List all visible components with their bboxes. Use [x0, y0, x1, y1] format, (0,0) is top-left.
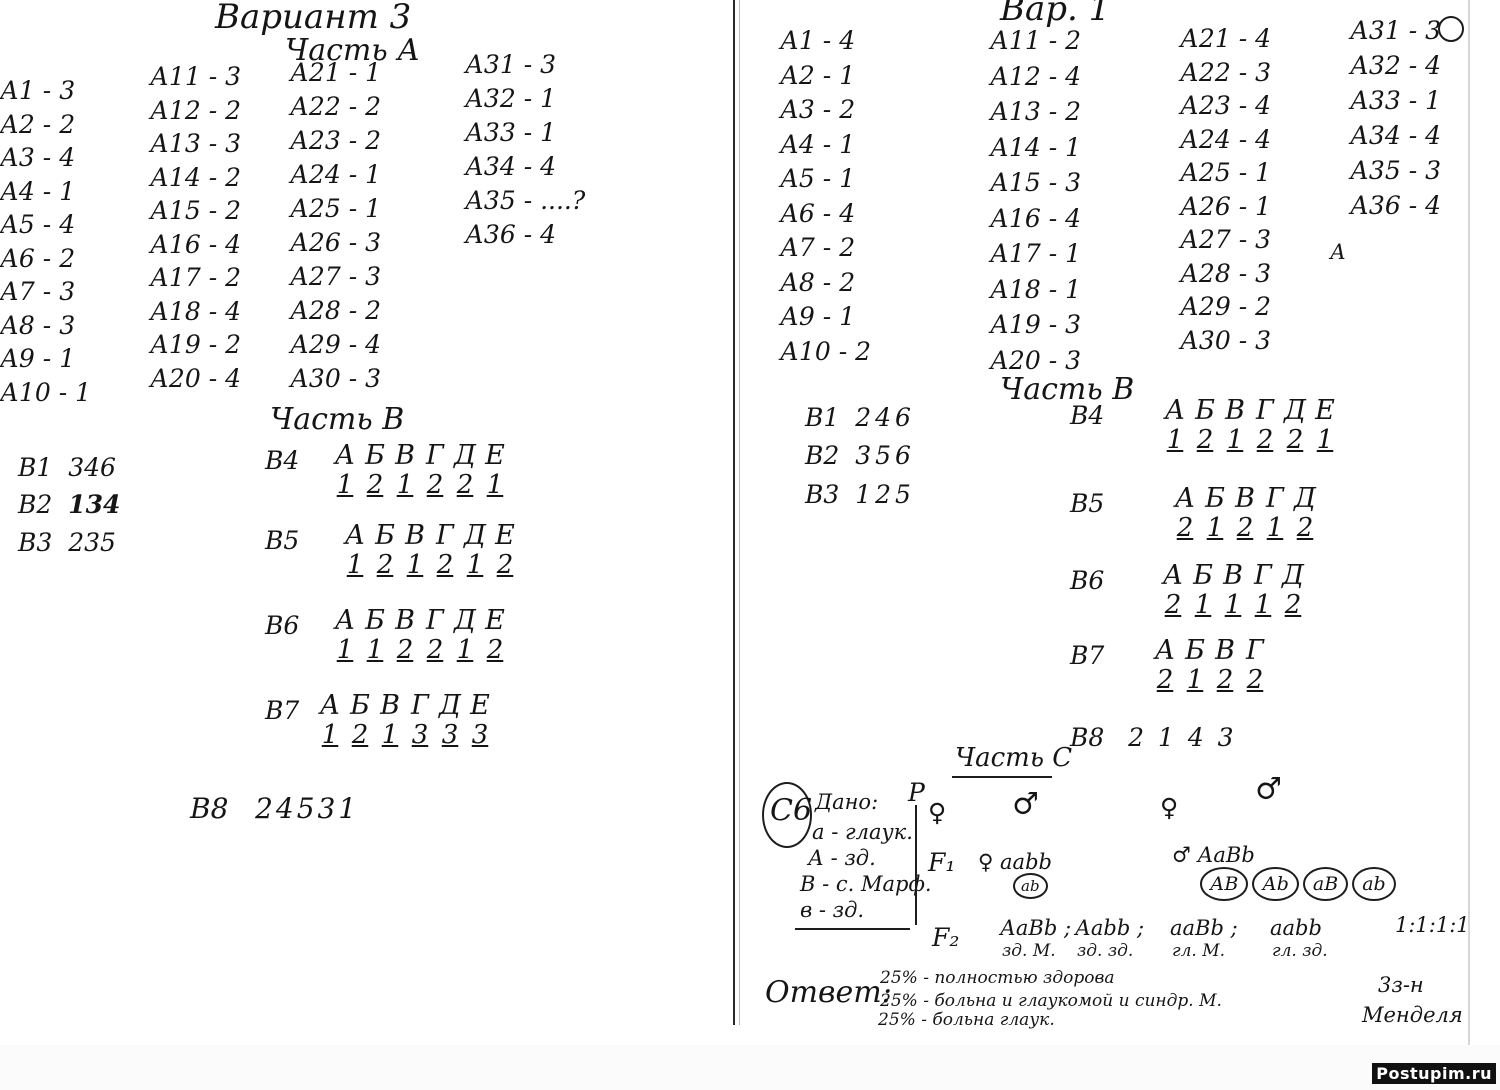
f2-genotype: ааВb ;: [1170, 918, 1238, 939]
dash: -: [1231, 225, 1255, 254]
question-number: А19: [990, 310, 1041, 339]
answer-item: А33 - 1: [1350, 88, 1441, 113]
dash: -: [201, 62, 225, 91]
dash: -: [516, 186, 540, 215]
given-underline: [795, 928, 910, 930]
question-number: А15: [150, 196, 201, 225]
matching-letter: Е: [490, 520, 520, 551]
answer-item: А22 - 2: [290, 94, 381, 119]
matching-letter: А: [1158, 560, 1188, 591]
f1-female-genotype: ♀ ааbb: [978, 852, 1052, 873]
dash: -: [1041, 346, 1065, 375]
matching-question-label: В6: [1070, 568, 1104, 593]
matching-answer: 1: [1248, 591, 1278, 621]
matching-letter: А: [340, 520, 370, 551]
answer-value: 2: [839, 233, 855, 262]
matching-letter: Д: [435, 690, 465, 721]
matching-answers: 2122: [1150, 666, 1270, 696]
left-b2: В2 134: [18, 492, 120, 517]
given-divider: [915, 805, 917, 925]
question-number: А10: [0, 378, 51, 407]
matching-answer: 2: [450, 471, 480, 501]
answer-item: А3 - 4: [0, 145, 75, 170]
matching-answer: 1: [360, 636, 390, 666]
answer-value: 1: [1065, 239, 1081, 268]
answer-value: 3: [540, 50, 556, 79]
matching-letter: Д: [1278, 560, 1308, 591]
matching-answer: 1: [1220, 426, 1250, 456]
left-part-b-heading: Часть В: [270, 405, 404, 435]
dash: -: [1231, 125, 1255, 154]
answer-value: 2: [59, 110, 75, 139]
question-number: А11: [990, 26, 1041, 55]
answer-item: А33 - 1: [465, 120, 556, 145]
matching-answer: 1: [1260, 514, 1290, 544]
answer-value: 1: [540, 84, 556, 113]
question-number: А7: [780, 233, 815, 262]
answer-label: Ответ:: [765, 978, 892, 1008]
task-label: С6: [770, 796, 812, 826]
answer-item: А23 - 2: [290, 128, 381, 153]
answer-item: А12 - 2: [150, 98, 241, 123]
answer-value: 3: [1065, 346, 1081, 375]
dash: -: [1041, 204, 1065, 233]
answer-item: А36 - 4: [465, 222, 556, 247]
answer-value: 1: [1065, 133, 1081, 162]
page-bottom-margin: [0, 1045, 1500, 1090]
question-number: А29: [1180, 292, 1231, 321]
question-number: А1: [0, 76, 35, 105]
answer-item: А15 - 3: [990, 170, 1081, 195]
question-number: А13: [990, 97, 1041, 126]
answer-item: А27 - 3: [290, 264, 381, 289]
dash: -: [1041, 133, 1065, 162]
matching-letter: А: [1150, 635, 1180, 666]
dash: -: [341, 194, 365, 223]
matching-letter: Е: [1310, 395, 1340, 426]
question-number: А26: [290, 228, 341, 257]
question-number: А23: [290, 126, 341, 155]
answer-item: А29 - 4: [290, 332, 381, 357]
matching-answer: 2: [390, 636, 420, 666]
answer-item: А23 - 4: [1180, 93, 1271, 118]
answer-value: 4: [540, 220, 556, 249]
question-number: А8: [0, 311, 35, 340]
answer-item: А19 - 2: [150, 332, 241, 357]
dash: -: [1041, 310, 1065, 339]
matching-answers: 121333: [315, 721, 495, 751]
matching-answer: 2: [360, 471, 390, 501]
answer-item: А35 - ....?: [465, 188, 585, 213]
dash: -: [1231, 158, 1255, 187]
matching-answer: 1: [330, 471, 360, 501]
answer-value: 3: [1255, 225, 1271, 254]
dash: -: [341, 228, 365, 257]
answer-item: А30 - 3: [290, 366, 381, 391]
dash: -: [201, 330, 225, 359]
question-number: А32: [465, 84, 516, 113]
part-c-heading: Часть С: [955, 745, 1072, 771]
matching-answer: 2: [490, 551, 520, 581]
answer-value: 1: [839, 130, 855, 159]
matching-letter: Б: [360, 605, 390, 636]
dash: -: [35, 210, 59, 239]
matching-answers: 112212: [330, 636, 510, 666]
dash: -: [815, 130, 839, 159]
answer-value: 2: [225, 163, 241, 192]
dash: -: [341, 262, 365, 291]
answer-value: 3: [225, 62, 241, 91]
matching-answer: 1: [330, 636, 360, 666]
answer-line-2: 25% - больна и глаукомой и синдр. М.: [880, 993, 1222, 1010]
answer-value: 3: [365, 228, 381, 257]
right-b2: В2 356: [805, 443, 915, 468]
question-number: А20: [150, 364, 201, 393]
matching-answer: 3: [405, 721, 435, 751]
question-number: А17: [150, 263, 201, 292]
answer-item: А4 - 1: [780, 132, 855, 157]
question-number: А21: [290, 58, 341, 87]
matching-letter: Г: [1248, 560, 1278, 591]
gamete: АВ: [1200, 867, 1248, 901]
answer-value: 1: [75, 378, 91, 407]
question-number: А13: [150, 129, 201, 158]
dash: -: [201, 263, 225, 292]
question-number: А8: [780, 268, 815, 297]
matching-answer: 2: [1210, 666, 1240, 696]
f1-male-gametes: АВАbаВаb: [1200, 867, 1396, 901]
matching-letter: В: [375, 690, 405, 721]
answer-item: А13 - 2: [990, 99, 1081, 124]
dash: -: [1401, 191, 1425, 220]
given-line-3: В - с. Марф.: [800, 874, 932, 895]
matching-question-label: В4: [265, 448, 299, 473]
answer-item: А25 - 1: [290, 196, 381, 221]
answer-line-1: 25% - полностью здорова: [880, 970, 1114, 987]
f2-phenotype: гл. М.: [1172, 943, 1225, 960]
answer-item: А9 - 1: [780, 304, 855, 329]
answer-value: 2: [365, 296, 381, 325]
answer-item: А30 - 3: [1180, 328, 1271, 353]
dash: -: [516, 84, 540, 113]
answer-value: 2: [365, 126, 381, 155]
question-number: А6: [0, 244, 35, 273]
answer-value: 4: [1065, 62, 1081, 91]
answer-item: А15 - 2: [150, 198, 241, 223]
p-label: P: [908, 780, 925, 805]
dash: -: [341, 160, 365, 189]
matching-grid: АБВГДЕ112212: [330, 605, 510, 666]
answer-item: А27 - 3: [1180, 227, 1271, 252]
matching-answer: 1: [1180, 666, 1210, 696]
question-number: А33: [1350, 86, 1401, 115]
question-number: А9: [780, 302, 815, 331]
answer-item: А14 - 1: [990, 135, 1081, 160]
given-line-2: А - зд.: [808, 848, 876, 869]
matching-answer: 1: [1188, 591, 1218, 621]
dash: -: [35, 143, 59, 172]
dash: -: [35, 177, 59, 206]
matching-answer: 1: [450, 636, 480, 666]
dash: -: [1401, 86, 1425, 115]
question-number: А35: [1350, 156, 1401, 185]
side-note-1: 3з-н: [1378, 975, 1424, 996]
matching-answer: 1: [480, 471, 510, 501]
question-number: А17: [990, 239, 1041, 268]
answer-item: А11 - 2: [990, 28, 1081, 53]
matching-letter: Д: [450, 440, 480, 471]
answer-value: 3: [1425, 156, 1441, 185]
f2-phenotype: зд. зд.: [1077, 943, 1133, 960]
question-number: А14: [150, 163, 201, 192]
f2-genotype: АаВb ;: [1000, 918, 1071, 939]
question-number: А12: [990, 62, 1041, 91]
answer-value: 2: [59, 244, 75, 273]
answer-value: 1: [839, 302, 855, 331]
gamete: аb: [1352, 867, 1396, 901]
matching-letter: Г: [1260, 483, 1290, 514]
answer-value: 2: [855, 337, 871, 366]
answer-value: 1: [839, 164, 855, 193]
matching-grid: АБВГДЕ121212: [340, 520, 520, 581]
question-number: А11: [150, 62, 201, 91]
answer-value: 1: [365, 194, 381, 223]
matching-letters: АБВГД: [1170, 483, 1320, 514]
left-b8: В8 24531: [190, 795, 359, 823]
matching-letter: Б: [1180, 635, 1210, 666]
question-number: А30: [1180, 326, 1231, 355]
answer-item: А4 - 1: [0, 179, 75, 204]
matching-answer: 2: [420, 636, 450, 666]
answer-value: 1: [1065, 275, 1081, 304]
right-b8: В8 2 1 4 3: [1070, 725, 1237, 750]
answer-item: А19 - 3: [990, 312, 1081, 337]
question-number: А3: [780, 95, 815, 124]
page-fold-line: [733, 0, 735, 1025]
question-number: А14: [990, 133, 1041, 162]
answer-item: А10 - 1: [0, 380, 91, 405]
stray-mark: А: [1330, 242, 1346, 263]
answer-value: 4: [1255, 24, 1271, 53]
question-number: А5: [780, 164, 815, 193]
dash: -: [1041, 62, 1065, 91]
answer-item: А8 - 3: [0, 313, 75, 338]
question-number: А21: [1180, 24, 1231, 53]
dash: -: [1231, 91, 1255, 120]
matching-letter: Г: [430, 520, 460, 551]
answer-value: 4: [225, 230, 241, 259]
given-line-4: в - зд.: [800, 900, 864, 921]
answer-item: А6 - 2: [0, 246, 75, 271]
answer-item: А7 - 2: [780, 235, 855, 260]
matching-letter: В: [1220, 395, 1250, 426]
dash: -: [815, 302, 839, 331]
answer-line-3: 25% - больна глаук.: [878, 1012, 1055, 1029]
dash: -: [201, 364, 225, 393]
matching-grid: АБВГД21112: [1158, 560, 1308, 621]
question-number: А28: [290, 296, 341, 325]
left-b1: В1 346: [18, 455, 116, 480]
answer-item: А6 - 4: [780, 201, 855, 226]
dash: -: [1231, 259, 1255, 288]
question-number: А31: [465, 50, 516, 79]
gamete: аb: [1013, 873, 1048, 899]
answer-value: 1: [1255, 192, 1271, 221]
matching-letter: А: [330, 440, 360, 471]
dash: -: [1231, 24, 1255, 53]
dash: -: [35, 76, 59, 105]
answer-value: 3: [59, 277, 75, 306]
question-number: А10: [780, 337, 831, 366]
matching-letter: В: [400, 520, 430, 551]
answer-item: А20 - 4: [150, 366, 241, 391]
answer-value: 4: [225, 297, 241, 326]
matching-answer: 2: [1250, 426, 1280, 456]
answer-item: А5 - 4: [0, 212, 75, 237]
dash: -: [1401, 156, 1425, 185]
answer-value: 4: [1255, 91, 1271, 120]
matching-answer: 1: [460, 551, 490, 581]
matching-question-label: В7: [1070, 643, 1104, 668]
question-number: А22: [1180, 58, 1231, 87]
answer-value: 4: [365, 330, 381, 359]
matching-answer: 1: [1310, 426, 1340, 456]
question-number: А23: [1180, 91, 1231, 120]
answer-item: А7 - 3: [0, 279, 75, 304]
answer-value: 3: [1255, 58, 1271, 87]
gamete: Аb: [1252, 867, 1299, 901]
question-number: А4: [780, 130, 815, 159]
f2-phenotype: гл. зд.: [1272, 943, 1328, 960]
dash: -: [341, 126, 365, 155]
answer-item: А16 - 4: [990, 206, 1081, 231]
matching-answer: 1: [375, 721, 405, 751]
matching-letters: АБВГДЕ: [330, 440, 510, 471]
answer-item: А18 - 1: [990, 277, 1081, 302]
question-number: А19: [150, 330, 201, 359]
question-number: А26: [1180, 192, 1231, 221]
dash: -: [1231, 292, 1255, 321]
matching-answer: 2: [1278, 591, 1308, 621]
answer-item: А34 - 4: [465, 154, 556, 179]
f2-phenotype: зд. М.: [1002, 943, 1056, 960]
dash: -: [815, 268, 839, 297]
answer-value: 2: [1255, 292, 1271, 321]
question-number: А20: [990, 346, 1041, 375]
question-number: А7: [0, 277, 35, 306]
answer-item: А35 - 3: [1350, 158, 1441, 183]
answer-value: 3: [1255, 326, 1271, 355]
answer-value: 1: [839, 61, 855, 90]
matching-grid: АБВГДЕ121333: [315, 690, 495, 751]
matching-letter: В: [390, 440, 420, 471]
answer-item: А18 - 4: [150, 299, 241, 324]
dash: -: [516, 118, 540, 147]
matching-question-label: В6: [265, 613, 299, 638]
matching-letter: Д: [1290, 483, 1320, 514]
dash: -: [815, 233, 839, 262]
matching-letter: Г: [1240, 635, 1270, 666]
matching-letter: Б: [345, 690, 375, 721]
dash: -: [815, 164, 839, 193]
dash: -: [516, 50, 540, 79]
matching-letter: Е: [480, 440, 510, 471]
question-number: А33: [465, 118, 516, 147]
matching-letter: В: [1218, 560, 1248, 591]
matching-letter: Д: [1280, 395, 1310, 426]
dash: -: [815, 199, 839, 228]
answer-item: А32 - 4: [1350, 53, 1441, 78]
question-number: А27: [1180, 225, 1231, 254]
matching-letters: АБВГДЕ: [315, 690, 495, 721]
dash: -: [831, 337, 855, 366]
matching-letters: АБВГ: [1150, 635, 1270, 666]
matching-letter: Д: [450, 605, 480, 636]
answer-item: А2 - 2: [0, 112, 75, 137]
dash: -: [341, 92, 365, 121]
matching-letter: Б: [370, 520, 400, 551]
answer-value: 1: [59, 344, 75, 373]
matching-letter: Г: [420, 440, 450, 471]
matching-answer: 2: [370, 551, 400, 581]
answer-item: А20 - 3: [990, 348, 1081, 373]
gamete: аВ: [1303, 867, 1348, 901]
matching-letter: Д: [460, 520, 490, 551]
question-number: А5: [0, 210, 35, 239]
matching-answer: 2: [1150, 666, 1180, 696]
question-number: А27: [290, 262, 341, 291]
matching-letter: Г: [405, 690, 435, 721]
matching-answer: 1: [340, 551, 370, 581]
answer-item: А21 - 4: [1180, 26, 1271, 51]
question-number: А24: [1180, 125, 1231, 154]
matching-question-label: В5: [265, 528, 299, 553]
question-number: А1: [780, 26, 815, 55]
answer-value: 2: [1065, 26, 1081, 55]
matching-answer: 2: [1170, 514, 1200, 544]
dash: -: [341, 58, 365, 87]
answer-value: 4: [1425, 121, 1441, 150]
matching-letter: Е: [465, 690, 495, 721]
dash: -: [516, 152, 540, 181]
matching-answer: 3: [435, 721, 465, 751]
answer-value: 4: [1255, 125, 1271, 154]
dash: -: [1401, 51, 1425, 80]
answer-item: А21 - 1: [290, 60, 381, 85]
matching-letter: Б: [1200, 483, 1230, 514]
dash: -: [1041, 97, 1065, 126]
answer-item: А1 - 4: [780, 28, 855, 53]
answer-value: 1: [365, 58, 381, 87]
matching-grid: АБВГДЕ121221: [330, 440, 510, 501]
matching-answer: 2: [1230, 514, 1260, 544]
answer-item: А13 - 3: [150, 131, 241, 156]
answer-item: А2 - 1: [780, 63, 855, 88]
matching-answer: 2: [1240, 666, 1270, 696]
answer-value: 4: [59, 210, 75, 239]
dash: -: [201, 297, 225, 326]
answer-item: А29 - 2: [1180, 294, 1271, 319]
matching-answer: 1: [315, 721, 345, 751]
question-number: А35: [465, 186, 516, 215]
matching-answers: 121212: [340, 551, 520, 581]
answer-value: 2: [1065, 97, 1081, 126]
answer-value: 2: [839, 95, 855, 124]
answer-item: А26 - 3: [290, 230, 381, 255]
dash: -: [35, 344, 59, 373]
dash: -: [341, 364, 365, 393]
question-number: А16: [990, 204, 1041, 233]
